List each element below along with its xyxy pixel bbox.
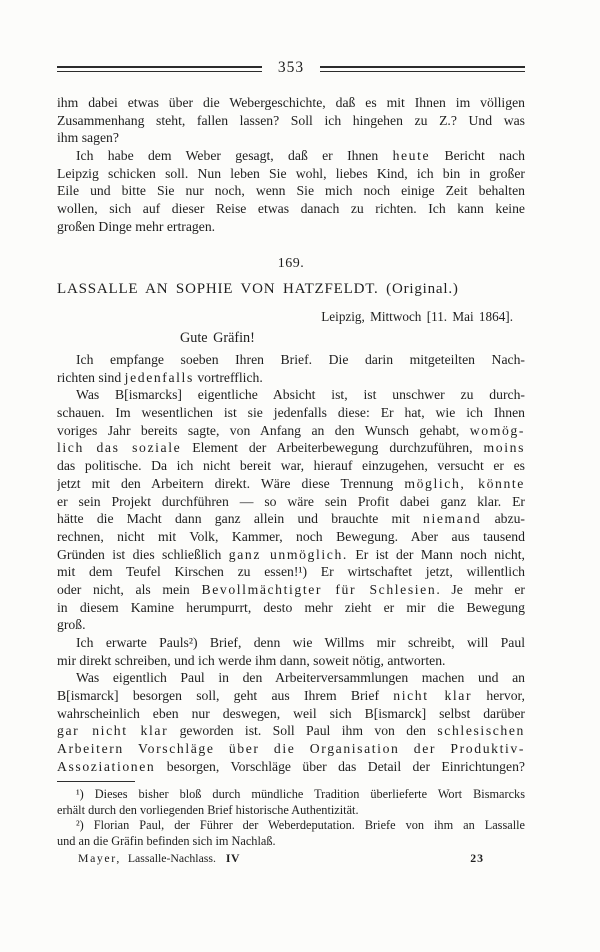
text-line: voriges Jahr bereits sagte, von Anfang a… — [57, 422, 525, 440]
text-line: mir direkt schreiben, und ich werde ihm … — [57, 652, 525, 670]
footer-work: Lassalle-Nachlass. — [128, 851, 216, 865]
book-page: 353 ihm dabei etwas über die Webergeschi… — [0, 0, 600, 952]
footnote-divider — [57, 781, 135, 782]
text-line: B[ismarck] besorgen soll, geht aus Ihrem… — [57, 687, 525, 705]
text-line: Arbeitern Vorschläge über die Organisati… — [57, 740, 525, 758]
text-line: lich das soziale Element der Arbeiterbew… — [57, 439, 525, 457]
text-line: Ich erwarte Pauls²) Brief, denn wie Will… — [57, 634, 525, 652]
text-line: Was eigentlich Paul in den Arbeiterversa… — [57, 669, 525, 687]
text-line: wahrscheinlich eben nur deswegen, weil s… — [57, 705, 525, 723]
text-line: ¹) Dieses bisher bloß durch mündliche Tr… — [57, 787, 525, 803]
text-line: erhält durch den vorliegenden Brief hist… — [57, 803, 525, 819]
text-line: rechnen, nicht mit Volk, Kammer, noch Be… — [57, 528, 525, 546]
continuation-paragraphs: ihm dabei etwas über die Webergeschichte… — [57, 94, 525, 236]
text-line: und an die Gräfin befinden sich im Nachl… — [57, 834, 525, 850]
text-line: Leipzig schicken soll. Nun leben Sie woh… — [57, 165, 525, 183]
text-line: jetzt mit den Arbeitern direkt. Wäre die… — [57, 475, 525, 493]
text-line: Gründen ist dies schließlich ganz unmögl… — [57, 546, 525, 564]
text-line: er sein Projekt durchführen — so wäre se… — [57, 493, 525, 511]
text-line: richten sind jedenfalls vortrefflich. — [57, 369, 525, 387]
letter-title: LASSALLE AN SOPHIE VON HATZFELDT. (Origi… — [57, 281, 525, 298]
text-line: Was B[ismarcks] eigentliche Absicht ist,… — [57, 386, 525, 404]
footer-author: Mayer, — [78, 851, 121, 865]
text-line: wollen, sich auf dieser Reise etwas dana… — [57, 200, 525, 218]
letter-salutation: Gute Gräfin! — [57, 330, 525, 347]
text-line: gar nicht klar geworden ist. Soll Paul i… — [57, 722, 525, 740]
running-head: 353 — [57, 56, 525, 82]
text-line: Eile und bitte Sie nur noch, wenn Sie mi… — [57, 182, 525, 200]
text-line: Ich habe dem Weber gesagt, daß er Ihnen … — [57, 147, 525, 165]
text-line: Ich empfange soeben Ihren Brief. Die dar… — [57, 351, 525, 369]
letter-number: 169. — [57, 256, 525, 272]
text-line: hätte die Macht dann ganz allein und bra… — [57, 510, 525, 528]
footer-volume: IV — [226, 851, 240, 865]
letter-dateline: Leipzig, Mittwoch [11. Mai 1864]. — [57, 309, 525, 325]
text-line: ihm sagen? — [57, 129, 525, 147]
text-line: Zusammenhang steht, fallen lassen? Soll … — [57, 112, 525, 130]
text-line: das politische. Da ich nicht bereit war,… — [57, 457, 525, 475]
page-number: 353 — [278, 60, 304, 78]
page-footer: Mayer, Lassalle-Nachlass. IV 23 — [57, 851, 525, 866]
text-line: großen Dinge mehr ertragen. — [57, 218, 525, 236]
text-line: Assoziationen besorgen, Vorschläge über … — [57, 758, 525, 776]
text-line: schauen. Im wesentlichen ist sie jedenfa… — [57, 404, 525, 422]
text-line: ²) Florian Paul, der Führer der Weberdep… — [57, 818, 525, 834]
text-line: mit dem Teufel Kirschen zu essen!¹) Er w… — [57, 563, 525, 581]
header-rule-right — [320, 66, 525, 72]
text-line: ihm dabei etwas über die Webergeschichte… — [57, 94, 525, 112]
footer-citation: Mayer, Lassalle-Nachlass. IV — [78, 851, 240, 866]
header-rule-left — [57, 66, 262, 72]
footer-sheet-number: 23 — [470, 851, 484, 866]
text-line: oder nicht, als mein Bevollmächtigter fü… — [57, 581, 525, 599]
text-line: groß. — [57, 616, 525, 634]
text-line: in diesem Kamine herumpurrt, desto mehr … — [57, 599, 525, 617]
letter-body: Ich empfange soeben Ihren Brief. Die dar… — [57, 351, 525, 776]
footnotes: ¹) Dieses bisher bloß durch mündliche Tr… — [57, 787, 525, 849]
